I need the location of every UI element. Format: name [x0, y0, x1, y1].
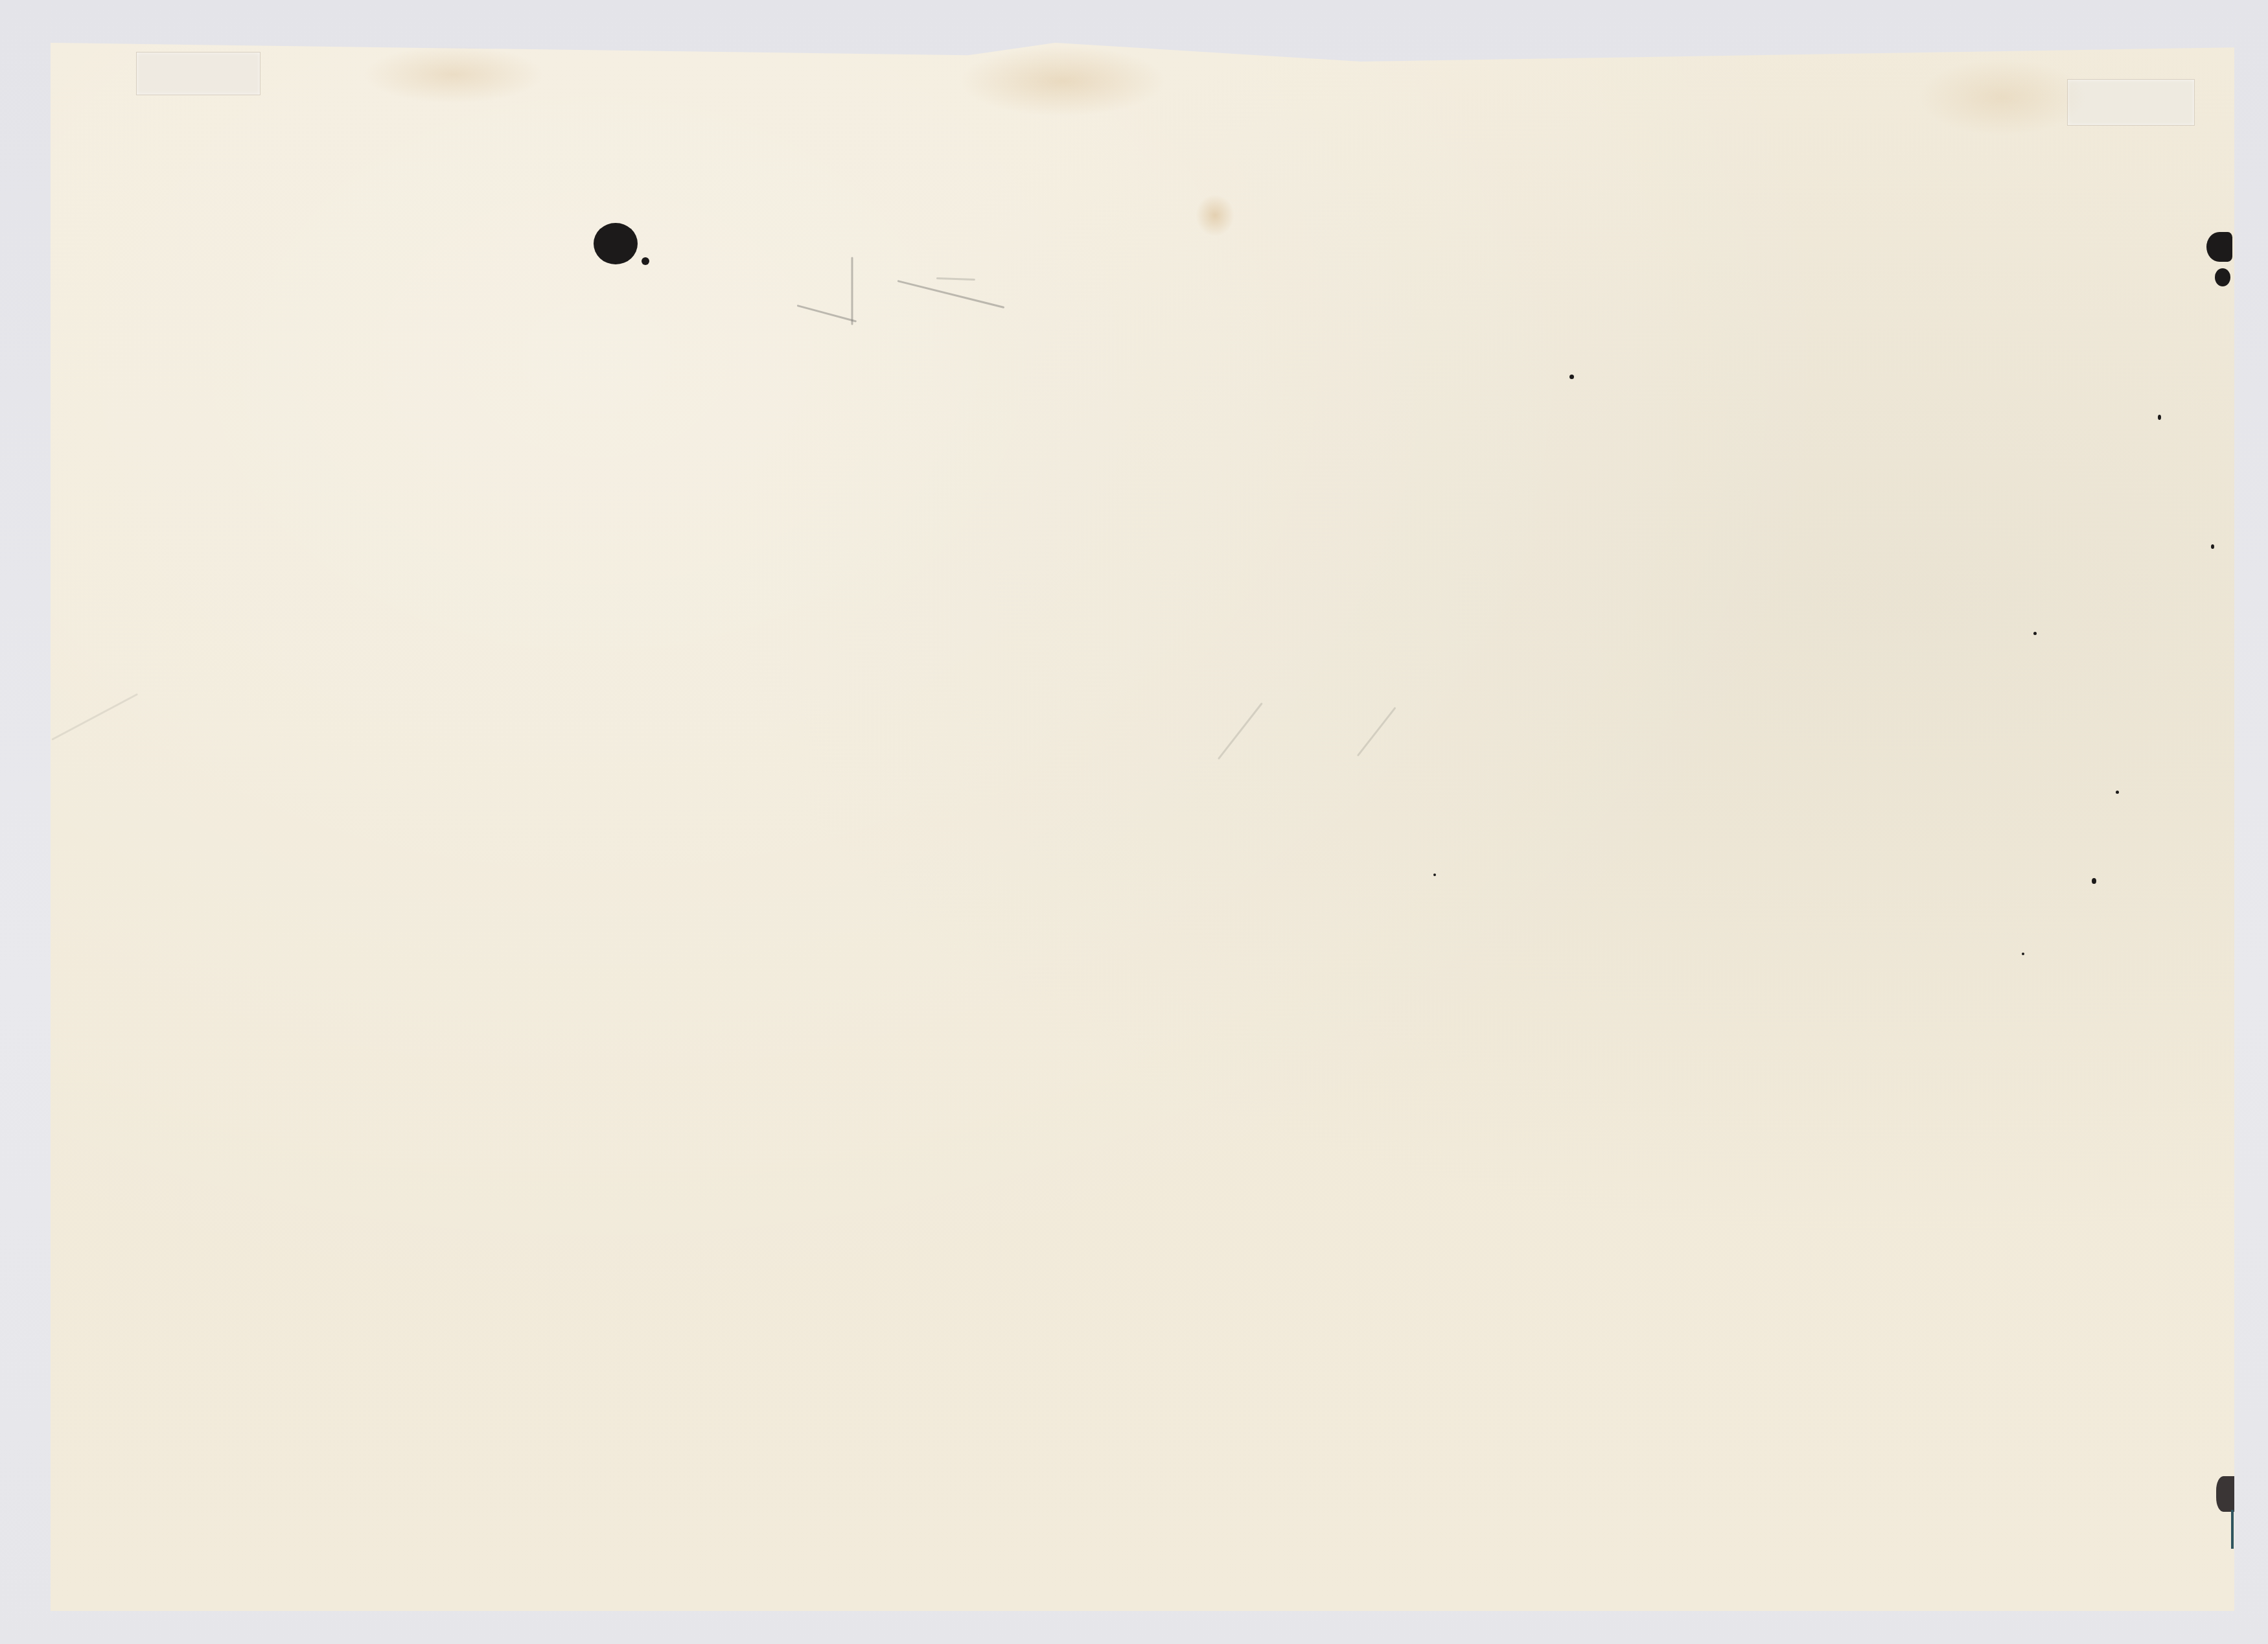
ink-speck: [2158, 415, 2161, 420]
ink-speck: [2022, 953, 2024, 955]
hinge-tape-right: [2067, 79, 2195, 126]
edge-ink-mark: [2216, 1476, 2234, 1512]
paper-sheet: [51, 43, 2234, 1611]
ink-blot-large: [594, 223, 638, 264]
pencil-mark: [851, 257, 853, 325]
ink-speck: [2211, 544, 2214, 549]
hinge-tape-left: [136, 52, 260, 95]
ink-speck: [1569, 375, 1574, 379]
ink-spot-edge-upper: [2206, 232, 2232, 262]
tape-residue-stain-right: [1918, 58, 2087, 136]
ink-speck: [1433, 874, 1436, 876]
ink-speck: [2116, 791, 2119, 794]
tape-residue-stain: [959, 45, 1166, 117]
ink-speck: [2033, 632, 2037, 635]
ink-spot-edge-lower: [2215, 268, 2230, 286]
edge-ink-drip: [2231, 1510, 2234, 1549]
ink-speck: [2092, 878, 2096, 884]
ink-dot-small: [642, 257, 649, 265]
tan-stain: [1196, 194, 1234, 237]
tape-residue-stain-left: [363, 45, 544, 104]
